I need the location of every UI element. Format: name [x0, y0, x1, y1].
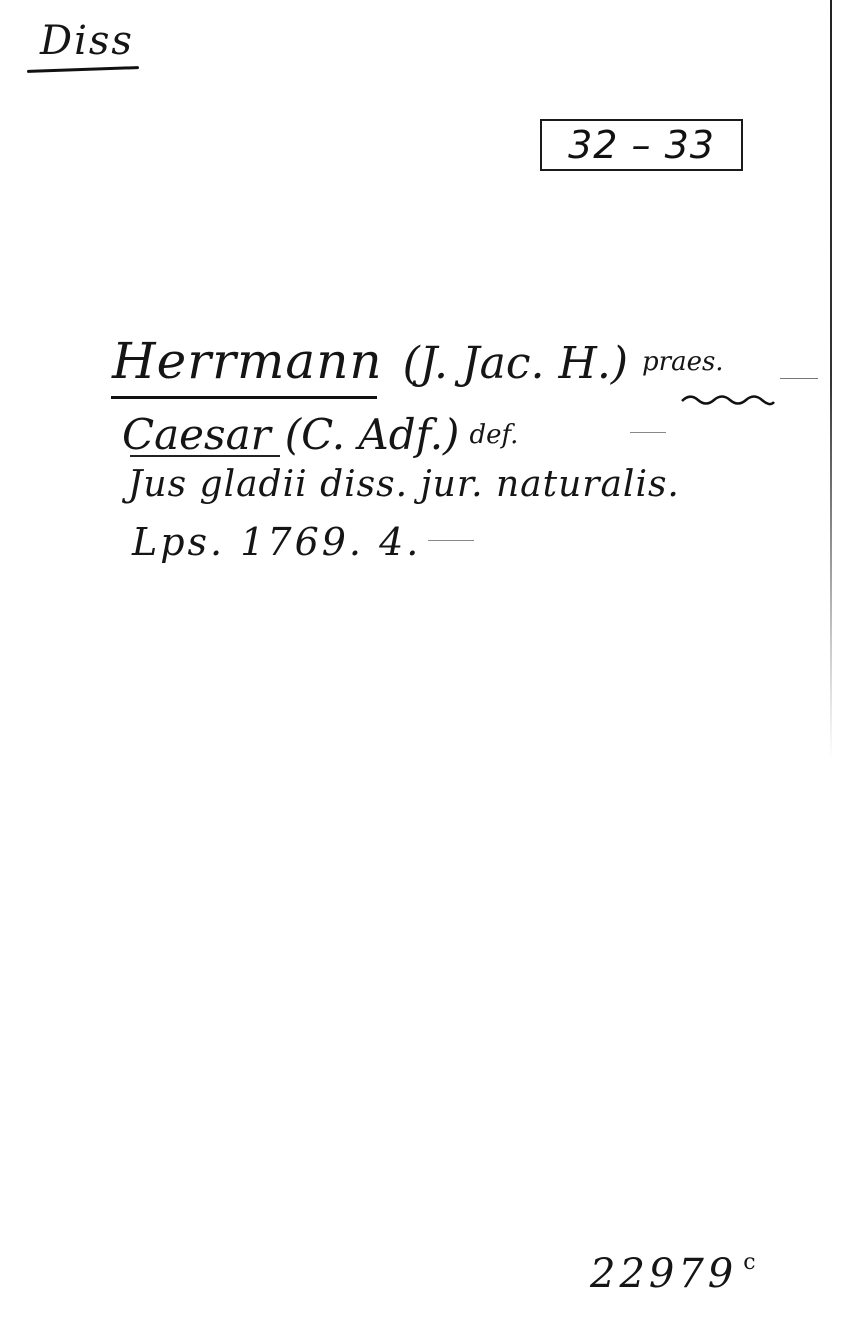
author-role: praes.	[642, 347, 724, 377]
author-initials: (J. Jac. H.)	[403, 338, 628, 389]
wavy-underline	[680, 392, 775, 406]
respondent-surname: Caesar	[122, 410, 271, 459]
respondent-initials: (C. Adf.)	[285, 410, 460, 459]
catalog-card: Diss 32 – 33 Herrmann(J. Jac. H.)praes. …	[0, 0, 850, 1343]
author-surname: Herrmann	[112, 332, 383, 390]
accession-number-block: 22979c	[590, 1250, 760, 1297]
dash-mark	[630, 432, 666, 433]
accession-suffix: c	[743, 1250, 759, 1275]
dash-mark	[428, 540, 474, 541]
respondent-role: def.	[469, 420, 518, 450]
dash-mark	[780, 378, 818, 379]
entry-line-respondent: Caesar(C. Adf.)def.	[122, 410, 518, 459]
author-underline	[111, 396, 377, 399]
entry-title: Jus gladii diss. jur. naturalis.	[128, 464, 680, 505]
corner-mark-underline	[27, 66, 139, 73]
entry-imprint: Lps. 1769. 4.	[132, 520, 421, 564]
accession-number: 22979	[590, 1251, 737, 1297]
respondent-underline	[130, 455, 280, 457]
shelf-mark-box: 32 – 33	[540, 119, 743, 171]
shelf-mark: 32 – 33	[568, 123, 715, 167]
card-edge-line	[830, 0, 832, 760]
entry-line-author: Herrmann(J. Jac. H.)praes.	[112, 332, 724, 390]
corner-mark: Diss	[40, 18, 134, 64]
